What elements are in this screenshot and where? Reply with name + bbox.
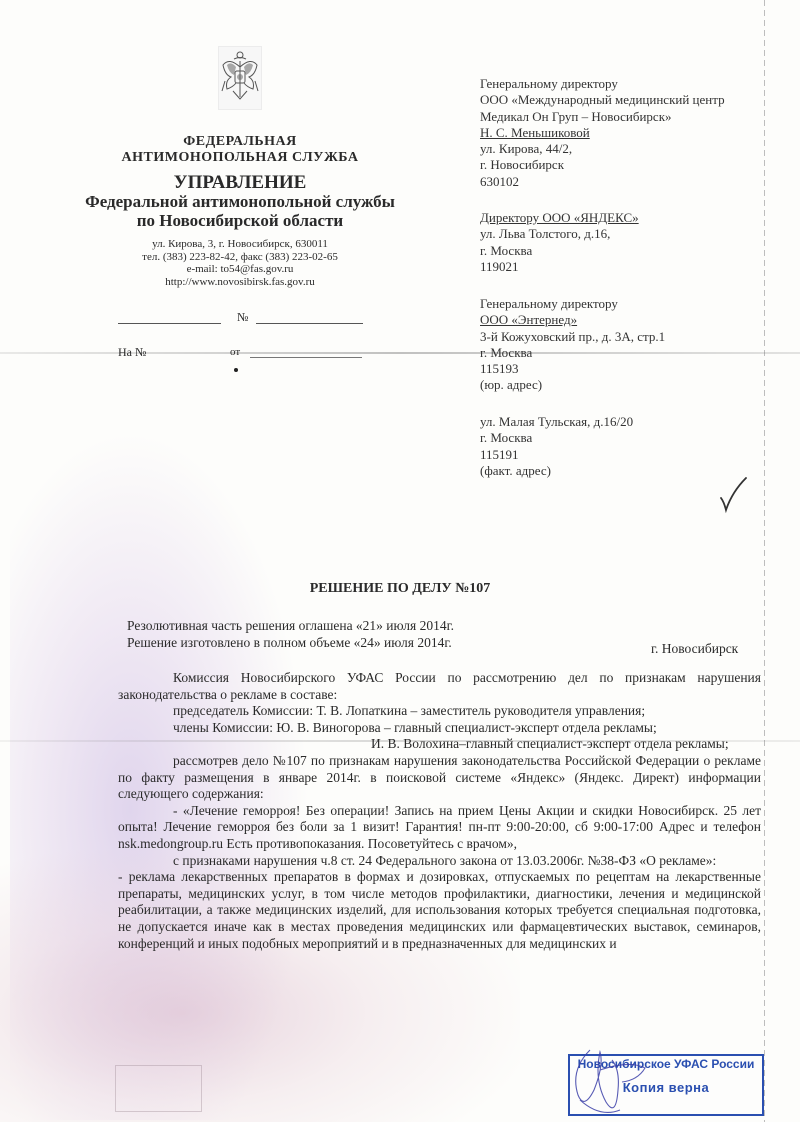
office-phone: тел. (383) 223-82-42, факс (383) 223-02-…	[60, 251, 420, 264]
addressee-line: (факт. адрес)	[480, 463, 633, 479]
reply-to-label: На №	[118, 345, 146, 360]
paragraph: председатель Комиссии: Т. В. Лопаткина –…	[118, 703, 761, 720]
addressee-line: Генеральному директору	[480, 76, 780, 92]
dot-mark	[234, 368, 238, 372]
decision-dates: Резолютивная часть решения оглашена «21»…	[127, 617, 454, 651]
addressee-line: 630102	[480, 174, 780, 190]
copy-certified-stamp: Новосибирское УФАС России Копия верна	[568, 1054, 764, 1116]
office-title: УПРАВЛЕНИЕ	[60, 172, 420, 193]
reg-number-label: №	[237, 310, 248, 325]
addressee-line: 115191	[480, 447, 633, 463]
addressee-yandex: Директору ООО «ЯНДЕКС» ул. Льва Толстого…	[480, 210, 639, 275]
agency-name: ФЕДЕРАЛЬНАЯ АНТИМОНОПОЛЬНАЯ СЛУЖБА	[60, 134, 420, 166]
reply-from-label: от	[230, 346, 240, 358]
addressee-line: ул. Малая Тульская, д.16/20	[480, 414, 633, 430]
decision-title: РЕШЕНИЕ ПО ДЕЛУ №107	[0, 581, 800, 597]
addressee-line: 3-й Кожуховский пр., д. 3А, стр.1	[480, 329, 665, 345]
decision-body: Комиссия Новосибирского УФАС России по р…	[118, 670, 761, 952]
addressee-line: г. Новосибирск	[480, 157, 780, 173]
office-address: ул. Кирова, 3, г. Новосибирск, 630011	[60, 238, 420, 251]
law-quote: - реклама лекарственных препаратов в фор…	[118, 869, 761, 952]
paragraph: Комиссия Новосибирского УФАС России по р…	[118, 670, 761, 703]
agency-line-2: АНТИМОНОПОЛЬНАЯ СЛУЖБА	[60, 150, 420, 166]
addressee-line: 119021	[480, 259, 639, 275]
addressee-line: г. Москва	[480, 345, 665, 361]
office-line-2: по Новосибирской области	[60, 211, 420, 230]
addressee-line: 115193	[480, 361, 665, 377]
office-line-1: Федеральной антимонопольной службы	[60, 192, 420, 211]
addressee-line: ул. Кирова, 44/2,	[480, 141, 780, 157]
addressee-line: г. Москва	[480, 430, 633, 446]
paragraph: с признаками нарушения ч.8 ст. 24 Федера…	[118, 853, 761, 870]
russian-coat-of-arms-icon	[218, 46, 262, 110]
paragraph: члены Комиссии: Ю. В. Виногорова – главн…	[118, 720, 761, 737]
paragraph: рассмотрев дело №107 по признакам наруше…	[118, 753, 761, 803]
addressee-line: ул. Льва Толстого, д.16,	[480, 226, 639, 242]
office-website: http://www.novosibirsk.fas.gov.ru	[60, 276, 420, 289]
checkmark-icon	[718, 474, 748, 514]
addressee-line: Медикал Он Груп – Новосибирск»	[480, 109, 780, 125]
office-contacts: ул. Кирова, 3, г. Новосибирск, 630011 те…	[60, 238, 420, 288]
stamp-office: Новосибирское УФАС России	[570, 1057, 762, 1071]
stamp-copy-verified: Копия верна	[570, 1080, 762, 1095]
office-email: e-mail: to54@fas.gov.ru	[60, 263, 420, 276]
reg-date-blank	[118, 323, 221, 324]
addressee-enterned-actual: ул. Малая Тульская, д.16/20 г. Москва 11…	[480, 414, 633, 479]
faded-stamp-box	[115, 1065, 202, 1112]
addressee-line: ООО «Международный медицинский центр	[480, 92, 780, 108]
completed-date: Решение изготовлено в полном объеме «24»…	[127, 634, 454, 651]
ad-quote: - «Лечение геморроя! Без операции! Запис…	[118, 803, 761, 853]
addressee-name: Н. С. Меньшиковой	[480, 125, 780, 141]
addressee-medongroup: Генеральному директору ООО «Международны…	[480, 76, 780, 190]
addressee-name: Директору ООО «ЯНДЕКС»	[480, 210, 639, 226]
agency-line-1: ФЕДЕРАЛЬНАЯ	[60, 134, 420, 150]
addressee-name: ООО «Энтернед»	[480, 312, 665, 328]
announced-date: Резолютивная часть решения оглашена «21»…	[127, 617, 454, 634]
addressee-line: Генеральному директору	[480, 296, 665, 312]
addressee-line: г. Москва	[480, 243, 639, 259]
addressee-enterned-legal: Генеральному директору ООО «Энтернед» 3-…	[480, 296, 665, 394]
reply-from-blank	[250, 357, 362, 358]
addressee-line: (юр. адрес)	[480, 377, 665, 393]
paragraph: И. В. Волохина–главный специалист-экспер…	[118, 736, 761, 753]
reg-number-blank	[256, 323, 363, 324]
decision-city: г. Новосибирск	[651, 641, 738, 657]
office-name: Федеральной антимонопольной службы по Но…	[60, 192, 420, 230]
